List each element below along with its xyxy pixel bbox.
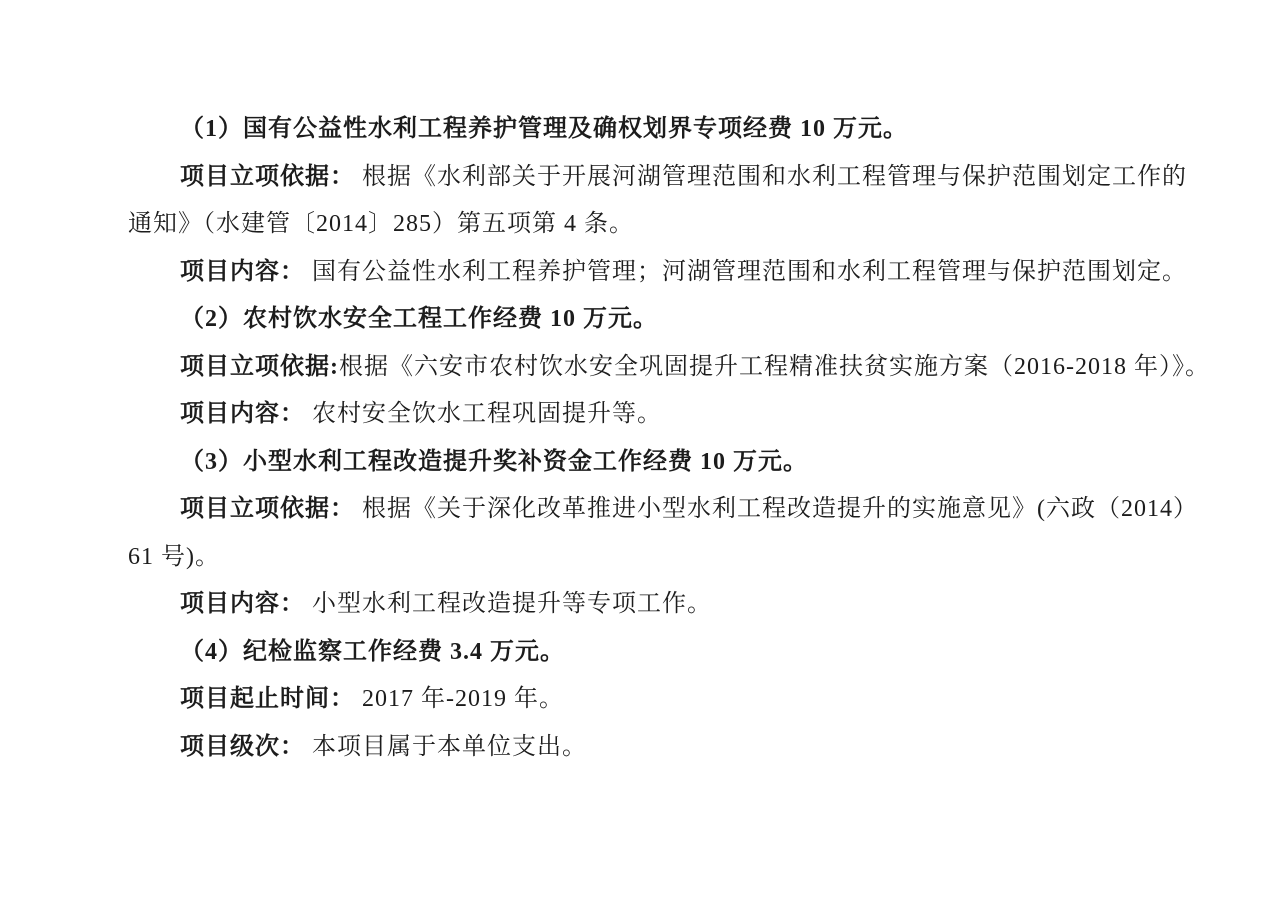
field-label: 项目内容： (180, 401, 305, 427)
field-value: 国有公益性水利工程养护管理；河湖管理范围和水利工程管理与保护范围划定。 (312, 259, 1187, 285)
field-label: 项目内容： (180, 591, 305, 617)
field-value: 农村安全饮水工程巩固提升等。 (312, 401, 662, 427)
document-body: （1）国有公益性水利工程养护管理及确权划界专项经费 10 万元。 项目立项依据：… (128, 106, 1168, 771)
paragraph-content-3: 项目内容： 小型水利工程改造提升等专项工作。 (128, 581, 1168, 629)
document-page: （1）国有公益性水利工程养护管理及确权划界专项经费 10 万元。 项目立项依据：… (0, 0, 1280, 905)
paragraph-basis-1-line-1: 项目立项依据： 根据《水利部关于开展河湖管理范围和水利工程管理与保护范围划定工作… (128, 154, 1168, 202)
paragraph-basis-1-line-2: 通知》（水建管〔2014〕285）第五项第 4 条。 (128, 201, 1168, 249)
heading-text: （1）国有公益性水利工程养护管理及确权划界专项经费 10 万元。 (180, 116, 908, 142)
heading-item-3: （3）小型水利工程改造提升奖补资金工作经费 10 万元。 (128, 439, 1168, 487)
field-label: 项目立项依据： (180, 496, 355, 522)
paragraph-basis-3-line-2: 61 号)。 (128, 534, 1168, 582)
paragraph-level: 项目级次： 本项目属于本单位支出。 (128, 724, 1168, 772)
paragraph-basis-2: 项目立项依据:根据《六安市农村饮水安全巩固提升工程精准扶贫实施方案（2016-2… (128, 344, 1168, 392)
field-label: 项目内容： (180, 259, 305, 285)
field-value: 2017 年-2019 年。 (362, 686, 564, 712)
heading-text: （2）农村饮水安全工程工作经费 10 万元。 (180, 306, 658, 332)
paragraph-content-2: 项目内容： 农村安全饮水工程巩固提升等。 (128, 391, 1168, 439)
field-value: 通知》（水建管〔2014〕285）第五项第 4 条。 (128, 211, 634, 237)
field-label: 项目起止时间： (180, 686, 355, 712)
paragraph-duration: 项目起止时间： 2017 年-2019 年。 (128, 676, 1168, 724)
field-value: 本项目属于本单位支出。 (312, 734, 587, 760)
field-label: 项目立项依据: (180, 354, 339, 380)
heading-item-2: （2）农村饮水安全工程工作经费 10 万元。 (128, 296, 1168, 344)
field-value: 61 号)。 (128, 544, 220, 570)
field-label: 项目立项依据： (180, 164, 355, 190)
paragraph-basis-3-line-1: 项目立项依据： 根据《关于深化改革推进小型水利工程改造提升的实施意见》(六政（2… (128, 486, 1168, 534)
field-value: 根据《关于深化改革推进小型水利工程改造提升的实施意见》(六政（2014） (362, 496, 1198, 522)
field-value: 根据《水利部关于开展河湖管理范围和水利工程管理与保护范围划定工作的 (362, 164, 1187, 190)
heading-item-1: （1）国有公益性水利工程养护管理及确权划界专项经费 10 万元。 (128, 106, 1168, 154)
paragraph-content-1: 项目内容： 国有公益性水利工程养护管理；河湖管理范围和水利工程管理与保护范围划定… (128, 249, 1168, 297)
heading-item-4: （4）纪检监察工作经费 3.4 万元。 (128, 629, 1168, 677)
field-value: 根据《六安市农村饮水安全巩固提升工程精准扶贫实施方案（2016-2018 年）》… (339, 354, 1210, 380)
heading-text: （4）纪检监察工作经费 3.4 万元。 (180, 639, 565, 665)
heading-text: （3）小型水利工程改造提升奖补资金工作经费 10 万元。 (180, 449, 808, 475)
field-label: 项目级次： (180, 734, 305, 760)
field-value: 小型水利工程改造提升等专项工作。 (312, 591, 712, 617)
